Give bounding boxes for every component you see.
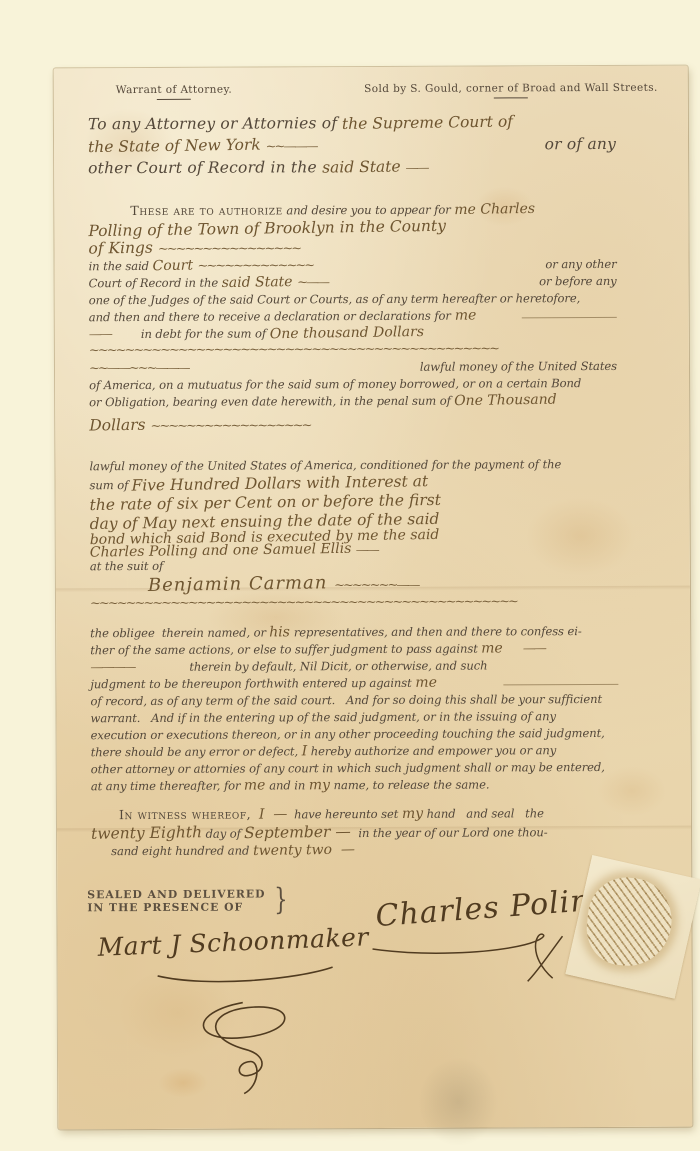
sealed-delivered-block: SEALED AND DELIVERED IN THE PRESENCE OF … xyxy=(87,882,290,918)
bond-line: of America, on a mutuatus for the said s… xyxy=(89,375,617,393)
obligee-line: of record, as of any term of the said co… xyxy=(90,691,618,709)
handwritten-text: Polling of the Town of Brooklyn in the C… xyxy=(88,217,446,240)
printed-text: other attorney or attornies of any court… xyxy=(91,759,605,777)
printed-text: and in xyxy=(266,777,309,793)
blank-rule xyxy=(503,682,618,686)
flourish-line: ~~~~~~~~~~~~~~~~~~~~~~~~~~~~~~~~~~~~~~~~… xyxy=(90,594,618,612)
header-rule xyxy=(157,99,191,100)
witness-line: In witness whereof, I — have hereunto se… xyxy=(91,805,619,823)
printed-text: of America, on a mutuatus for the said s… xyxy=(89,375,581,393)
authorize-line: These are to authorize and desire you to… xyxy=(88,201,616,219)
handwritten-text: twenty Eighth xyxy=(91,823,202,843)
printed-text: in the said xyxy=(89,258,153,274)
printed-text: judgment to be thereupon forthwith enter… xyxy=(90,675,415,692)
paper-stain xyxy=(418,1056,498,1146)
address-line: other Court of Record in the said State … xyxy=(88,156,616,179)
wafer-seal xyxy=(577,866,690,988)
handwritten-text: One thousand Dollars xyxy=(270,324,424,342)
printed-text: In witness whereof, xyxy=(119,807,251,824)
printed-text: or before any xyxy=(539,273,617,289)
bond-line: or Obligation, bearing even date herewit… xyxy=(89,392,617,410)
seller-imprint-text: Sold by S. Gould, corner of Broad and Wa… xyxy=(364,82,658,95)
printed-text: representatives, and then and there to c… xyxy=(290,623,582,640)
ink-flourish: —— xyxy=(405,162,427,175)
handwritten-text: of Kings xyxy=(88,239,158,258)
ink-flourish: ~~——~~~——— xyxy=(89,362,189,375)
document-lines: To any Attorney or Attornies of the Supr… xyxy=(88,112,619,860)
handwritten-text: me xyxy=(454,307,476,323)
ink-flourish: ~~~~~~~~~~~~~ xyxy=(197,259,313,272)
handwritten-text: Court xyxy=(152,258,197,275)
bond-line: Dollars ~~~~~~~~~~~~~~~~~~ xyxy=(89,414,617,434)
handwritten-text: twenty two — xyxy=(253,842,355,860)
authorize-line: and then and there to receive a declarat… xyxy=(89,307,617,325)
handwritten-text: Benjamin Carman xyxy=(148,572,334,596)
handwritten-text: his xyxy=(269,624,290,640)
handwritten-text: me xyxy=(481,640,503,656)
printed-text: ther of the same actions, or else to suf… xyxy=(90,641,481,659)
printed-text: there should be any error or defect, xyxy=(91,743,302,760)
suit-name-line: Benjamin Carman ~~~~~~~—— xyxy=(90,572,618,595)
ink-flourish: —— xyxy=(523,642,545,655)
obligee-line: the obligee therein named, or his repres… xyxy=(90,623,618,641)
witness-line: sand eight hundred and twenty two — xyxy=(91,841,619,859)
handwritten-text: the Supreme Court of xyxy=(342,112,513,133)
authorize-line: ——in debt for the sum of One thousand Do… xyxy=(89,324,617,342)
sealed-line-2: IN THE PRESENCE OF xyxy=(87,900,265,914)
witness-line: twenty Eighth day of September — in the … xyxy=(91,822,619,842)
handwritten-text: I xyxy=(302,743,308,759)
printed-text xyxy=(251,807,258,823)
printed-text: To any Attorney or Attornies of xyxy=(88,113,343,135)
obligee-line: other attorney or attornies of any court… xyxy=(91,759,619,777)
authorize-line: Polling of the Town of Brooklyn in the C… xyxy=(88,218,616,238)
printed-text: execution or executions thereon, or in a… xyxy=(91,725,605,743)
obligee-line: judgment to be thereupon forthwith enter… xyxy=(90,674,618,692)
handwritten-text: my xyxy=(309,777,330,793)
ink-flourish: ~~~~~~~~~~~~~~~~~~~~~~~~~~~~~~~~~~~~~~~~… xyxy=(90,595,517,610)
printed-text: therein by default, Nil Dicit, or otherw… xyxy=(189,658,487,675)
form-title: Warrant of Attorney. xyxy=(116,84,232,101)
authorize-line: of Kings ~~~~~~~~~~~~~~~~ xyxy=(88,237,616,257)
flourish-line: ~~——~~~———lawful money of the United Sta… xyxy=(89,358,617,376)
brace-glyph: } xyxy=(274,882,288,917)
condition-line: lawful money of the United States of Ame… xyxy=(89,456,617,474)
authorize-line: in the said Court ~~~~~~~~~~~~~or any ot… xyxy=(89,256,617,274)
printed-text: Court of Record in the xyxy=(89,275,222,292)
sealed-line-1: SEALED AND DELIVERED xyxy=(87,887,265,901)
document-scan: Warrant of Attorney. Sold by S. Gould, c… xyxy=(0,0,700,1151)
obligee-line: execution or executions thereon, or in a… xyxy=(91,725,619,743)
ink-flourish: ~~~~~~~~~~~~~~~~ xyxy=(158,242,300,255)
obligee-line: at any time thereafter, for me and in my… xyxy=(91,776,619,794)
printed-text: warrant. And if in the entering up of th… xyxy=(90,708,555,726)
handwritten-text: said State xyxy=(322,157,406,176)
paper-sheet: Warrant of Attorney. Sold by S. Gould, c… xyxy=(54,66,693,1130)
printed-text: lawful money of the United States xyxy=(420,358,617,375)
witness-signature: Mart J Schoonmaker xyxy=(97,922,369,962)
handwritten-text: me Charles xyxy=(454,201,535,218)
printed-text: day of xyxy=(202,826,244,842)
handwritten-text: I — xyxy=(258,806,287,822)
handwritten-text: Charles Polling and one Samuel Ellis xyxy=(90,543,356,559)
ink-flourish: ———— xyxy=(90,661,134,674)
handwritten-text: Dollars xyxy=(89,416,150,435)
handwritten-text: September — xyxy=(244,823,351,843)
form-title-text: Warrant of Attorney. xyxy=(116,84,232,97)
printed-text: name, to release the same. xyxy=(330,776,489,793)
printed-text: in debt for the sum of xyxy=(141,325,270,342)
printed-text: in the year of our Lord one thou- xyxy=(351,824,547,841)
flourish-line: ~~~~~~~~~~~~~~~~~~~~~~~~~~~~~~~~~~~~~~~~… xyxy=(89,341,617,359)
ink-flourish: ~~~~~~~~~~~~~~~~~~~~~~~~~~~~~~~~~~~~~~~~… xyxy=(89,343,498,358)
printed-text: of record, as of any term of the said co… xyxy=(90,691,602,709)
witness-signature-flourish xyxy=(148,957,349,1098)
address-line: To any Attorney or Attornies of the Supr… xyxy=(88,112,616,135)
handwritten-text: my xyxy=(402,806,423,822)
handwritten-text: me xyxy=(244,777,266,793)
ink-flourish: ~—— xyxy=(297,276,328,289)
handwritten-text: One Thousand xyxy=(454,392,557,410)
authorize-line: one of the Judges of the said Court or C… xyxy=(89,290,617,308)
printed-text: or of any xyxy=(545,134,617,155)
printed-text: or Obligation, bearing even date herewit… xyxy=(89,393,454,411)
printed-text: and then and there to receive a declarat… xyxy=(89,308,455,326)
handwritten-text: me xyxy=(415,675,437,691)
header-rule xyxy=(494,97,528,98)
printed-text: sand eight hundred and xyxy=(111,843,253,860)
printed-text: have hereunto set xyxy=(287,806,402,823)
ink-flourish: —— xyxy=(356,546,378,556)
seller-imprint: Sold by S. Gould, corner of Broad and Wa… xyxy=(364,82,658,99)
handwritten-text: said State xyxy=(222,274,298,291)
handwritten-text: the State of New York xyxy=(88,136,266,157)
printed-text: lawful money of the United States of Ame… xyxy=(89,456,561,474)
printed-text: at any time thereafter, for xyxy=(91,778,244,795)
obligee-line: warrant. And if in the entering up of th… xyxy=(90,708,618,726)
printed-text: one of the Judges of the said Court or C… xyxy=(89,290,581,308)
printed-text: other Court of Record in the xyxy=(88,157,322,179)
obligee-line: ————therein by default, Nil Dicit, or ot… xyxy=(90,657,618,675)
ink-flourish: —— xyxy=(89,328,111,341)
condition-line: sum of Five Hundred Dollars with Interes… xyxy=(89,473,617,493)
blank-rule xyxy=(522,315,617,318)
obligee-line: there should be any error or defect, I h… xyxy=(91,742,619,760)
printed-text: or any other xyxy=(545,256,616,272)
sealed-delivered-text: SEALED AND DELIVERED IN THE PRESENCE OF xyxy=(87,887,265,914)
ink-flourish: ~~——— xyxy=(266,140,317,153)
address-line: the State of New York ~~———or of any xyxy=(88,134,616,157)
document-header: Warrant of Attorney. Sold by S. Gould, c… xyxy=(88,82,658,100)
printed-text: sum of xyxy=(89,477,131,493)
printed-text: the obligee therein named, or xyxy=(90,624,269,641)
obligee-line: ther of the same actions, or else to suf… xyxy=(90,640,618,658)
ink-flourish: ~~~~~~~—— xyxy=(334,579,418,592)
ink-flourish: ~~~~~~~~~~~~~~~~~~ xyxy=(150,419,310,432)
authorize-line: Court of Record in the said State ~——or … xyxy=(89,273,617,291)
printed-text: hand and seal the xyxy=(423,805,544,822)
printed-text: hereby authorize and empower you or any xyxy=(307,742,556,759)
condition-line: the rate of six per Cent on or before th… xyxy=(90,492,618,512)
printed-text: These are to authorize xyxy=(130,202,283,219)
printed-text: and desire you to appear for xyxy=(283,202,455,219)
